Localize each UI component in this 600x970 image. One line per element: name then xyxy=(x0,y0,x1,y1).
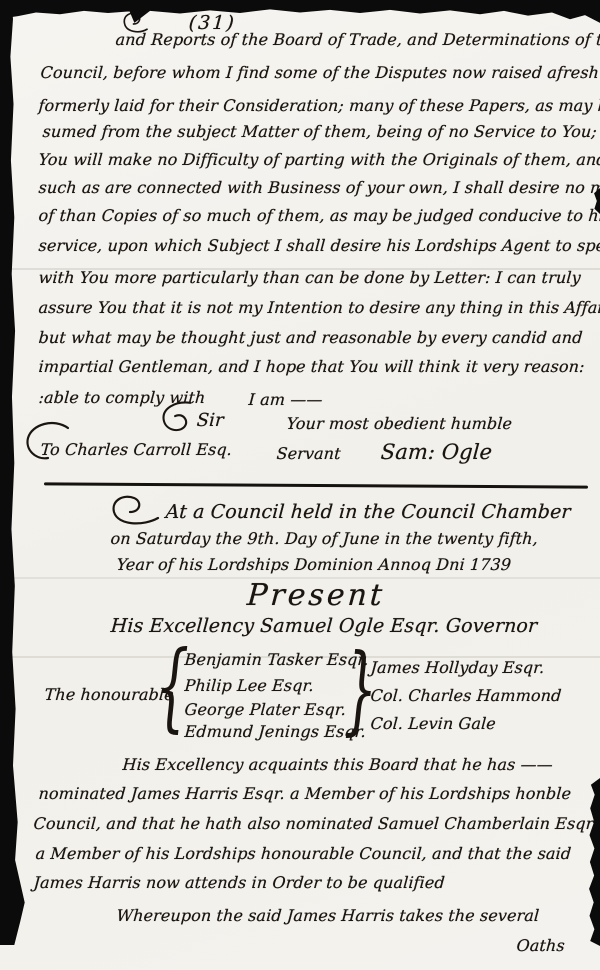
letter-line: impartial Gentleman, and I hope that You… xyxy=(38,357,585,376)
oaths-word: Oaths xyxy=(516,936,565,955)
council-left-name: George Plater Esqr. xyxy=(184,700,347,719)
council-heading-line: At a Council held in the Council Chamber xyxy=(165,501,571,523)
council-heading-line: on Saturday the 9th. Day of June in the … xyxy=(110,529,539,548)
council-body-line: His Excellency acquaints this Board that… xyxy=(122,755,554,774)
present-heading: Present xyxy=(246,578,386,613)
closing-i-am: I am —— xyxy=(248,390,323,409)
letter-line: service, upon which Subject I shall desi… xyxy=(38,236,600,255)
letter-line: :able to comply with xyxy=(38,388,206,407)
council-body-line: Whereupon the said James Harris takes th… xyxy=(116,906,540,925)
letter-line: but what may be thought just and reasona… xyxy=(38,328,583,347)
council-left-name: Edmund Jenings Esqr. xyxy=(184,722,367,741)
flourish-icon xyxy=(110,492,160,526)
council-body-line: James Harris now attends in Order to be … xyxy=(33,873,446,892)
council-body-line: Council, and that he hath also nominated… xyxy=(33,814,598,833)
manuscript-page-scan: (31) and Reports of the Board of Trade, … xyxy=(0,0,600,970)
letter-line: sumed from the subject Matter of them, b… xyxy=(42,122,600,141)
letter-line: formerly laid for their Consideration; m… xyxy=(38,96,600,115)
honourable-label: The honourable xyxy=(44,685,174,704)
council-heading-line: Year of his Lordships Dominion Annoq Dni… xyxy=(116,555,512,574)
scan-top-border xyxy=(0,0,600,26)
letter-line: and Reports of the Board of Trade, and D… xyxy=(115,30,600,49)
scan-left-border xyxy=(0,0,26,945)
letter-line: You will make no Difficulty of parting w… xyxy=(38,150,600,169)
letter-line: with You more particularly than can be d… xyxy=(38,268,581,287)
scan-right-border xyxy=(586,778,600,946)
council-right-name: Col. Charles Hammond xyxy=(370,686,562,705)
divider-rule xyxy=(44,482,588,488)
council-body-line: a Member of his Lordships honourable Cou… xyxy=(35,844,572,863)
council-right-name: Col. Levin Gale xyxy=(370,714,497,733)
letter-line: assure You that it is not my Intention t… xyxy=(38,298,600,317)
signature-sam-ogle: Sam: Ogle xyxy=(380,440,493,464)
closing-sir: Sir xyxy=(196,410,224,431)
letter-line: of than Copies of so much of them, as ma… xyxy=(38,206,600,225)
council-body-line: nominated James Harris Esqr. a Member of… xyxy=(38,784,572,803)
closing-compliment: Servant xyxy=(276,444,341,463)
council-left-name: Philip Lee Esqr. xyxy=(184,676,314,695)
letter-line: Council, before whom I find some of the … xyxy=(40,63,600,82)
closing-addressee: To Charles Carroll Esq. xyxy=(40,440,233,459)
closing-compliment: Your most obedient humble xyxy=(286,414,513,433)
council-right-name: James Hollyday Esqr. xyxy=(370,658,545,677)
council-left-name: Benjamin Tasker Esqr. xyxy=(184,650,369,669)
letter-line: such as are connected with Business of y… xyxy=(38,178,600,197)
